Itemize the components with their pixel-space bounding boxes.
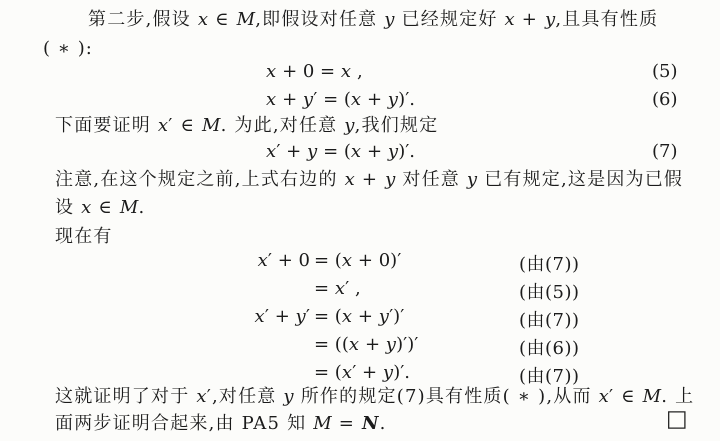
derivation-justification: (由(6)) (519, 334, 580, 360)
para-now-have: 现在有 (55, 226, 113, 248)
equation-5-body: x + 0 = x , (266, 61, 363, 82)
derivation-rhs: = (x + y′)′ (314, 306, 404, 327)
proof-page: 第二步,假设 x ∈ M,即假设对任意 y 已经规定好 x + y,且具有性质 … (0, 0, 720, 441)
derivation-row-1: x′ + 0 = (x + 0)′ (由(7)) (0, 250, 720, 274)
derivation-justification: (由(5)) (519, 278, 580, 304)
derivation-row-4: = ((x + y)′)′ (由(6)) (0, 334, 720, 358)
derivation-lhs: x′ + y′ (255, 306, 310, 327)
equation-6: x + y′ = (x + y)′. (6) (0, 89, 720, 113)
equation-7-body: x′ + y = (x + y)′. (266, 141, 415, 162)
derivation-row-2: = x′ , (由(5)) (0, 278, 720, 302)
derivation-rhs: = x′ , (314, 278, 361, 299)
equation-7-number: (7) (652, 141, 678, 162)
derivation-row-3: x′ + y′ = (x + y′)′ (由(7)) (0, 306, 720, 330)
derivation-lhs: x′ + 0 (258, 250, 310, 271)
equation-6-body: x + y′ = (x + y)′. (266, 89, 415, 110)
derivation-rhs: = (x′ + y)′. (314, 362, 410, 383)
derivation-justification: (由(7)) (519, 250, 580, 276)
para-step2-line1: 第二步,假设 x ∈ M,即假设对任意 y 已经规定好 x + y,且具有性质 (88, 9, 658, 31)
derivation-rhs: = (x + 0)′ (314, 250, 401, 271)
para-conclusion-line1: 这就证明了对于 x′,对任意 y 所作的规定(7)具有性质( ∗ ),从而 x′… (55, 386, 694, 408)
derivation-row-5: = (x′ + y)′. (由(7)) (0, 362, 720, 386)
equation-6-number: (6) (652, 89, 678, 110)
equation-7: x′ + y = (x + y)′. (7) (0, 141, 720, 165)
qed-box-icon: □ (666, 408, 688, 431)
derivation-justification: (由(7)) (519, 306, 580, 332)
equation-5-number: (5) (652, 61, 678, 82)
derivation-justification: (由(7)) (519, 362, 580, 388)
para-define-line: 下面要证明 x′ ∈ M. 为此,对任意 y,我们规定 (55, 115, 438, 137)
para-conclusion-line2: 面两步证明合起来,由 PA5 知 M = N. (55, 413, 387, 435)
para-note-line1: 注意,在这个规定之前,上式右边的 x + y 对任意 y 已有规定,这是因为已假 (55, 169, 683, 191)
para-note-line2: 设 x ∈ M. (55, 197, 145, 219)
equation-5: x + 0 = x , (5) (0, 61, 720, 85)
property-star-label: ( ∗ ): (43, 38, 93, 60)
derivation-rhs: = ((x + y)′)′ (314, 334, 418, 355)
